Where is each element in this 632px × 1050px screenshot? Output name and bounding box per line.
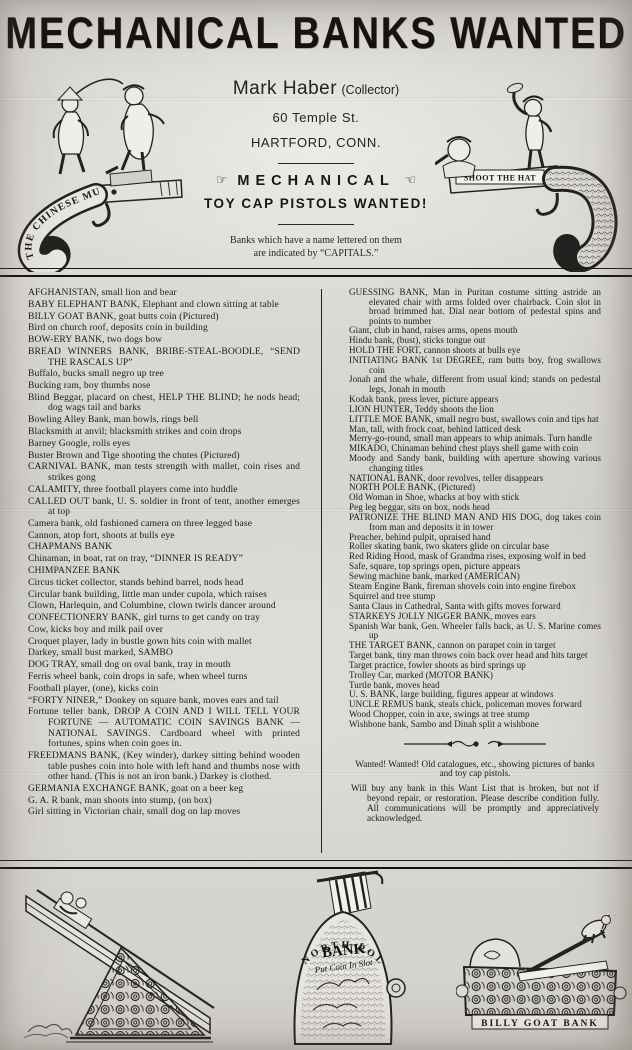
collector-name: Mark Haber [233,78,337,99]
want-list-item: CHAPMANS BANK [28,542,300,553]
want-list-right-items: GUESSING BANK, Man in Puritan costume si… [349,288,601,730]
want-list-item: Squirrel and tree stump [349,592,601,602]
want-list-item: Target bank, tiny man throws coin back o… [349,651,601,661]
want-list-item: Target practice, fowler shoots as bird s… [349,661,601,671]
want-list-item: CHIMPANZEE BANK [28,566,300,577]
want-list-item: CARNIVAL BANK, man tests strength with m… [28,462,300,483]
want-list-item: LION HUNTER, Teddy shoots the lion [349,405,601,415]
divider-ornament-wrap [349,737,601,755]
want-list-item: Wishbone bank, Sambo and Dinah split a w… [349,720,601,730]
want-list-item: LITTLE MOE BANK, small negro bust, swall… [349,415,601,425]
divider-rule [278,224,354,225]
want-list-item: Bucking ram, boy thumbs nose [28,381,300,392]
want-list-item: Barney Google, rolls eyes [28,439,300,450]
collector-line: Mark Haber (Collector) [188,78,444,100]
want-list-item: THE TARGET BANK, cannon on parapet coin … [349,641,601,651]
want-list-item: BREAD WINNERS BANK, BRIBE-STEAL-BOODLE, … [28,347,300,368]
want-list-item: Darkey, small bust marked, SAMBO [28,648,300,659]
capitals-note-line-1: Banks which have a name lettered on them [188,234,444,247]
bottom-rule [0,860,632,869]
shooting-the-chutes-bank-illustration [10,886,216,1046]
want-list-item: Kodak bank, press lever, picture appears [349,395,601,405]
want-list-item: BOW-ERY BANK, two dogs bow [28,335,300,346]
want-list-item: Croquet player, lady in bustle gown hits… [28,637,300,648]
want-list-item: CALAMITY, three football players come in… [28,485,300,496]
want-list-item: Girl sitting in Victorian chair, small d… [28,807,300,818]
column-divider [321,289,322,853]
want-list-item: Camera bank, old fashioned camera on thr… [28,519,300,530]
collector-role: (Collector) [342,83,400,97]
want-list-item: CONFECTIONERY BANK, girl turns to get ca… [28,613,300,624]
want-list-item: Buster Brown and Tige shooting the chute… [28,451,300,462]
want-list-item: Bowling Alley Bank, man bowls, rings bel… [28,415,300,426]
page-title: MECHANICAL BANKS WANTED [0,9,632,60]
want-list-item: Circus ticket collector, stands behind b… [28,578,300,589]
want-list-item: AFGHANISTAN, small lion and bear [28,288,300,299]
pointing-hand-left-icon: ☜ [405,173,417,188]
want-list-item: FREEDMANS BANK, (Key winder), darkey sit… [28,751,300,783]
address-line-1: 60 Temple St. [188,110,444,125]
want-list-item: Ferris wheel bank, coin drops in safe, w… [28,672,300,683]
want-list-item: Blind Beggar, placard on chest, HELP THE… [28,393,300,414]
toy-cap-pistols-heading: TOY CAP PISTOLS WANTED! [188,196,444,211]
want-list-item: PATRONIZE THE BLIND MAN AND HIS DOG, dog… [349,513,601,532]
capitals-note-line-2: are indicated by “CAPITALS.” [188,247,444,260]
want-list-item: Clown, Harlequin, and Columbine, clown t… [28,601,300,612]
billy-goat-bank-illustration: BILLY GOAT BANK [456,915,628,1040]
want-list-item: Football player, (one), kicks coin [28,684,300,695]
want-list-item: Cannon, atop fort, shoots at bulls eye [28,531,300,542]
shoot-the-hat-cap-pistol-illustration: SHOOT THE HAT [435,80,627,272]
chinese-must-go-cap-pistol-illustration: THE CHINESE MUST GO [10,70,188,272]
want-list-item: Blacksmith at anvil; blacksmith strikes … [28,427,300,438]
header-center-block: Mark Haber (Collector) 60 Temple St. HAR… [188,78,444,260]
want-list-left-column: AFGHANISTAN, small lion and bearBABY ELE… [28,288,300,819]
pointing-hand-right-icon: ☞ [216,173,228,188]
want-list-item: Fortune teller bank, DROP A COIN AND I W… [28,707,300,749]
right-pistol-barrel-text: SHOOT THE HAT [464,174,536,183]
address-line-2: HARTFORD, CONN. [188,135,444,150]
mechanical-heading: ☞ MECHANICAL ☜ [188,173,444,189]
wanted-catalogues-note: Wanted! Wanted! Old catalogues, etc., sh… [355,760,595,780]
want-list-item: Buffalo, bucks small negro up tree [28,369,300,380]
want-list-item: BILLY GOAT BANK, goat butts coin (Pictur… [28,312,300,323]
want-list-item: Santa Claus in Cathedral, Santa with gif… [349,602,601,612]
want-list-item: Trolley Car, marked (MOTOR BANK) [349,671,601,681]
want-list-item: GERMANIA EXCHANGE BANK, goat on a beer k… [28,784,300,795]
want-list-item: Bird on church roof, deposits coin in bu… [28,323,300,334]
billy-goat-bank-text: BILLY GOAT BANK [481,1019,599,1029]
want-list-item: DOG TRAY, small dog on oval bank, tray i… [28,660,300,671]
mechanical-label: MECHANICAL [237,173,394,189]
want-list-item: Jonah and the whale, different from usua… [349,375,601,394]
top-rule [0,268,632,277]
want-list-item: Cow, kicks boy and milk pail over [28,625,300,636]
want-list-item: Chinaman, in boat, rat on tray, “DINNER … [28,554,300,565]
condition-note: Will buy any bank in this Want List that… [351,784,599,823]
divider-ornament [400,738,550,750]
want-list-right-column: GUESSING BANK, Man in Puritan costume si… [349,288,601,823]
want-list-item: Moody and Sandy bank, building with aper… [349,454,601,473]
flyer-page: MECHANICAL BANKS WANTED THE CHINESE MUST… [0,0,632,1050]
want-list-item: STARKEYS JOLLY NIGGER BANK, moves ears [349,612,601,622]
north-pole-bank-illustration: NORTH POLE BANK Put Coin In Slot [277,870,413,1050]
want-list-item: Spanish War bank, Gen. Wheeler falls bac… [349,622,601,641]
want-list-item: GUESSING BANK, Man in Puritan costume si… [349,288,601,326]
want-list-item: CALLED OUT bank, U. S. soldier in front … [28,497,300,518]
want-list-item: G. A. R bank, man shoots into stump, (on… [28,796,300,807]
want-list-item: INITIATING BANK 1st DEGREE, ram butts bo… [349,356,601,375]
divider-rule [278,163,354,164]
want-list-item: Circular bank building, little man under… [28,590,300,601]
want-list-item: “FORTY NINER,” Donkey on square bank, mo… [28,696,300,707]
want-list-item: BABY ELEPHANT BANK, Elephant and clown s… [28,300,300,311]
